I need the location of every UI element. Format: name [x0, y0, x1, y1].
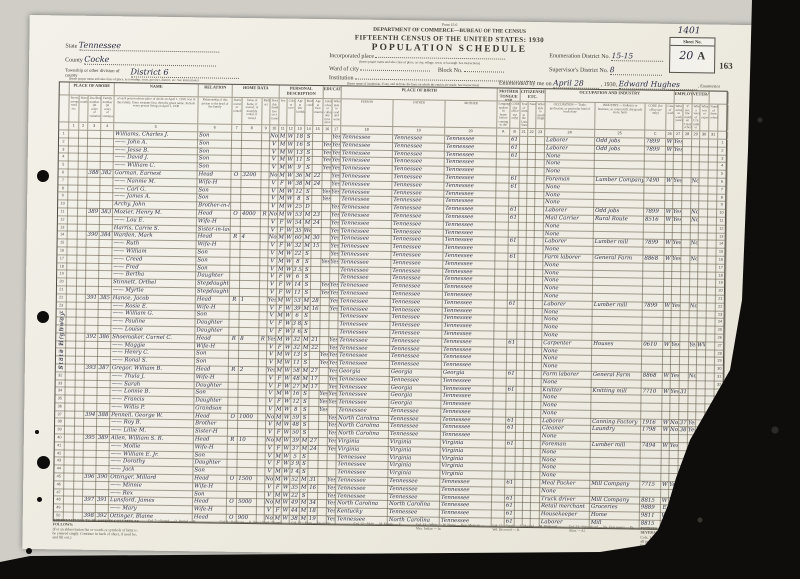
- cell-fs: [707, 249, 716, 257]
- cell-w: [662, 396, 670, 404]
- cell-f: 385: [99, 295, 112, 303]
- column-number: 17: [332, 126, 341, 133]
- cell-a: 13: [295, 149, 305, 157]
- line-number: 6: [59, 169, 69, 177]
- cell-fs: [704, 467, 713, 475]
- cell-fm: V: [269, 196, 278, 204]
- cell-d: [87, 193, 100, 201]
- cell-c3: [531, 480, 540, 488]
- column-subheader: Home owned or rented: [232, 98, 242, 124]
- cell-cd: [506, 402, 516, 410]
- cell-fm: V: [265, 469, 274, 477]
- column-number: 14: [305, 126, 313, 133]
- cell-st: [68, 232, 78, 240]
- cell-w: [664, 279, 672, 287]
- cell-o: O: [227, 476, 237, 484]
- column-subheader: Attended school or college any time sinc…: [323, 99, 332, 125]
- cell-e2: [679, 396, 688, 404]
- cell-rw: Yes: [330, 306, 339, 314]
- cell-vt: [692, 170, 700, 178]
- cell-c2: [527, 223, 535, 231]
- cell-fm: V: [269, 204, 278, 212]
- cell-st: [68, 240, 78, 248]
- cell-st: [68, 224, 78, 232]
- column-number: 15: [313, 126, 323, 133]
- cell-d: [88, 131, 101, 139]
- cell-ws: [696, 397, 705, 405]
- cell-ws: [697, 326, 706, 334]
- cell-am: [311, 259, 321, 267]
- cell-cd: 61: [508, 300, 518, 308]
- cell-c3: [533, 363, 542, 371]
- cell-c: W: [285, 282, 293, 290]
- cell-ho: [79, 131, 88, 139]
- cell-c1: [516, 410, 524, 418]
- cell-m: S: [304, 188, 312, 196]
- cell-e2: [680, 342, 689, 350]
- cell-e: Yes: [673, 178, 682, 186]
- cell-am: 18: [308, 508, 318, 516]
- cell-a: 52: [290, 477, 300, 485]
- cell-r: [258, 390, 266, 398]
- cell-f: [99, 310, 112, 318]
- cell-c3: [532, 449, 541, 457]
- cell-vt: [690, 280, 698, 288]
- cell-s: F: [275, 430, 283, 438]
- cell-c2: [526, 246, 534, 254]
- cell-m: S: [302, 360, 310, 368]
- cell-cd: [507, 355, 517, 363]
- cell-fs: [706, 334, 715, 342]
- punch-hole: [35, 430, 39, 434]
- line-number: 39: [55, 427, 65, 435]
- cell-sc: [320, 329, 329, 337]
- cell-c3: [531, 488, 540, 496]
- cell-a: 22: [293, 251, 303, 259]
- column-number: 3: [88, 123, 101, 130]
- cell-rw: Yes: [331, 173, 340, 181]
- cell-cd: [506, 456, 516, 464]
- cell-st: [64, 497, 74, 505]
- cell-ho: [76, 365, 85, 373]
- column-subheader: INDUSTRY — Industry or business, as cott…: [595, 103, 645, 130]
- cell-sc: [321, 313, 330, 321]
- column-number: 1: [69, 123, 79, 130]
- line-number: 2: [718, 147, 728, 155]
- cell-a: 8: [293, 258, 303, 266]
- cell-cd: 61: [510, 152, 520, 160]
- cell-ho: [77, 263, 86, 271]
- cell-ho: [76, 318, 85, 326]
- cell-s: F: [276, 321, 284, 329]
- cell-o: [229, 382, 239, 390]
- cell-ho: [79, 154, 88, 162]
- cell-am: 27: [310, 368, 320, 376]
- cell-rw: [330, 275, 339, 283]
- cell-st: [67, 247, 77, 255]
- cell-m: D: [304, 204, 312, 212]
- cell-sc: [320, 337, 329, 345]
- cell-ho: [77, 248, 86, 256]
- cell-vt: [688, 404, 696, 412]
- cell-fm: V: [268, 313, 277, 321]
- cell-s: M: [275, 453, 283, 461]
- cell-w: [666, 162, 674, 170]
- cell-am: 17: [310, 376, 320, 384]
- cell-s: M: [279, 165, 287, 173]
- cell-m: S: [304, 196, 312, 204]
- column-group-header: CITIZENSHIP, ETC.: [521, 89, 546, 101]
- column-subheader: FATHER: [393, 100, 445, 127]
- line-number: 16: [716, 257, 726, 265]
- column-number: 2: [79, 123, 88, 130]
- cell-c3: [533, 387, 542, 395]
- cell-c: W: [286, 227, 294, 235]
- cell-ho: [75, 411, 84, 419]
- cell-vt: [687, 467, 695, 475]
- line-number: 7: [58, 177, 68, 185]
- cell-cd: [508, 293, 518, 301]
- cell-tg: [492, 464, 505, 472]
- cell-w: [666, 154, 674, 162]
- cell-d: [83, 482, 96, 490]
- cell-cd: [509, 191, 519, 199]
- line-number: 47: [54, 489, 64, 497]
- cell-f: [101, 131, 114, 139]
- cell-ho: [78, 170, 87, 178]
- cell-fs: [705, 420, 714, 428]
- cell-c2: [525, 316, 533, 324]
- cell-ho: [74, 466, 83, 474]
- cell-fm: V: [268, 274, 277, 282]
- cell-ho: [74, 497, 83, 505]
- line-number: 30: [715, 366, 725, 374]
- cell-vt: No: [687, 482, 695, 490]
- cell-d: [87, 217, 100, 225]
- cell-fm: No: [265, 500, 274, 508]
- column-number: 31: [709, 131, 718, 138]
- cell-e2: [679, 435, 688, 443]
- cell-sc: Yes: [323, 165, 332, 173]
- cell-ho: [75, 396, 84, 404]
- cell-fs: [705, 444, 714, 452]
- cell-o: R: [230, 297, 240, 305]
- cell-fs: [704, 490, 713, 498]
- cell-st: [69, 162, 79, 170]
- line-number: 16: [57, 247, 67, 255]
- cell-w: [663, 318, 671, 326]
- cell-r: [258, 406, 266, 414]
- cell-a: 12: [291, 399, 301, 407]
- cell-o: [231, 242, 241, 250]
- cell-ho: [74, 505, 83, 513]
- cell-f: [98, 373, 111, 381]
- cell-vt: No: [690, 256, 698, 264]
- cell-s: F: [278, 219, 286, 227]
- cell-o: R: [229, 367, 239, 375]
- cell-s: M: [278, 172, 286, 180]
- cell-e: [670, 396, 679, 404]
- cell-s: M: [275, 422, 283, 430]
- cell-m: M: [303, 298, 311, 306]
- cell-c: W: [287, 165, 295, 173]
- column-subheader: Whether able to speak English: [536, 102, 545, 128]
- cell-d: [86, 302, 99, 310]
- line-number: 44: [713, 475, 723, 483]
- cell-o: [229, 328, 239, 336]
- line-number: 35: [714, 405, 724, 413]
- line-number: 4: [718, 163, 728, 171]
- cell-f: [97, 396, 110, 404]
- cell-c1: [515, 511, 523, 519]
- cell-d: [88, 146, 101, 154]
- cell-e2: [682, 194, 691, 202]
- column-number: 10: [270, 125, 279, 132]
- cell-vt: [692, 147, 700, 155]
- column-subheader: Relationship of this person to the head …: [198, 97, 232, 123]
- cell-f: 390: [96, 474, 109, 482]
- cell-m: S: [301, 453, 309, 461]
- cell-fs: [707, 295, 716, 303]
- column-number: 8: [242, 125, 262, 132]
- cell-vt: [687, 513, 695, 521]
- cell-sc: [319, 438, 328, 446]
- cell-f: [100, 178, 113, 186]
- line-number: 15: [58, 240, 68, 248]
- cell-m: S: [305, 149, 313, 157]
- cell-vt: [690, 295, 698, 303]
- cell-fm: V: [266, 398, 275, 406]
- cell-sc: Yes: [321, 259, 330, 267]
- cell-fs: [705, 405, 714, 413]
- cell-s: F: [276, 383, 284, 391]
- cell-rw: Yes: [328, 391, 337, 399]
- cell-am: 24: [309, 446, 319, 454]
- cell-rw: Yes: [330, 282, 339, 290]
- column-number: [59, 122, 69, 129]
- cell-fs: [709, 171, 718, 179]
- line-number: 6: [717, 179, 727, 187]
- cell-rw: Yes: [327, 501, 336, 509]
- cell-w: [665, 232, 673, 240]
- cell-c3: [531, 464, 540, 472]
- cell-s: F: [276, 328, 284, 336]
- cell-e2: [681, 256, 690, 264]
- cell-d: [83, 505, 96, 513]
- cell-sc: Yes: [323, 150, 332, 158]
- cell-s: M: [277, 250, 285, 258]
- cell-sc: [318, 508, 327, 516]
- cell-fs: [708, 233, 717, 241]
- cell-r: [259, 344, 267, 352]
- footer-note: Col. 23—Naturalized — Na. First papers —…: [568, 526, 634, 553]
- cell-ws: [695, 490, 704, 498]
- cell-r: [261, 203, 269, 211]
- cell-f: [101, 154, 114, 162]
- cell-e: [672, 287, 681, 295]
- cell-w: [663, 334, 671, 342]
- cell-fs: [708, 194, 717, 202]
- column-number: 19: [393, 127, 445, 135]
- cell-sc: [319, 430, 328, 438]
- stamp-number: 1401: [678, 26, 701, 36]
- cell-m: M: [303, 243, 311, 251]
- line-number: 25: [715, 327, 725, 335]
- cell-d: 389: [87, 209, 100, 217]
- footer-note: Col. 15—Single — S. Married — M. Widowed…: [492, 524, 563, 551]
- page-number: 163: [719, 61, 733, 71]
- cell-am: [313, 165, 323, 173]
- cell-st: [68, 177, 78, 185]
- cell-o: [228, 398, 238, 406]
- line-number: 2: [59, 138, 69, 146]
- cell-o: [231, 195, 241, 203]
- line-number: 46: [54, 481, 64, 489]
- cell-c1: [516, 394, 524, 402]
- cell-am: [311, 290, 321, 298]
- cell-vt: [687, 474, 695, 482]
- cell-fm: V: [269, 188, 278, 196]
- cell-c2: [524, 457, 532, 465]
- cell-c3: [532, 402, 541, 410]
- cell-e: [670, 412, 679, 420]
- cell-rw: Yes: [329, 337, 338, 345]
- line-number: 12: [58, 216, 68, 224]
- cell-cd: [507, 332, 517, 340]
- cell-sc: [320, 345, 329, 353]
- cell-sc: [319, 454, 328, 462]
- cell-c1: [520, 145, 528, 153]
- cell-rw: Yes: [330, 290, 339, 298]
- column-subheader: Dwelling number (in order of visitation): [88, 96, 101, 122]
- cell-c1: [515, 480, 523, 488]
- cell-am: 24: [312, 181, 322, 189]
- cell-e: Yes: [673, 217, 682, 225]
- cell-fm: Yes: [268, 297, 277, 305]
- cell-m: M: [302, 383, 310, 391]
- column-number: B: [510, 129, 520, 136]
- cell-tg: [496, 175, 509, 183]
- cell-w: W: [662, 427, 670, 435]
- cell-ho: [77, 255, 86, 263]
- cell-c1: [519, 199, 527, 207]
- cell-s: M: [279, 133, 287, 141]
- cell-d: 393: [85, 365, 98, 373]
- column-number: 13: [295, 126, 305, 133]
- cell-e2: [681, 264, 690, 272]
- cell-fm: V: [266, 391, 275, 399]
- cell-c: W: [286, 204, 294, 212]
- cell-s: M: [275, 391, 283, 399]
- cell-am: 27: [309, 438, 319, 446]
- cell-cd: [508, 246, 518, 254]
- cell-cd: [507, 324, 517, 332]
- line-number: 22: [716, 303, 726, 311]
- cell-tg: [495, 269, 508, 277]
- cell-o: O: [231, 172, 241, 180]
- line-number: 31: [715, 373, 725, 381]
- cell-c1: [519, 215, 527, 223]
- cell-e2: [679, 459, 688, 467]
- cell-c2: [525, 332, 533, 340]
- cell-c2: [528, 160, 536, 168]
- cell-w: [663, 357, 671, 365]
- cell-rw: Yes: [328, 415, 337, 423]
- cell-ho: [79, 162, 88, 170]
- cell-m: S: [303, 266, 311, 274]
- cell-m: S: [302, 352, 310, 360]
- cell-rw: Yes: [329, 352, 338, 360]
- footer-note: Col. 11—Farm — Yes or No: [291, 522, 348, 549]
- cell-e: [672, 248, 681, 256]
- line-number: 41: [55, 442, 65, 450]
- cell-am: [308, 469, 318, 477]
- cell-r: [260, 258, 268, 266]
- cell-st: [69, 131, 79, 139]
- cell-fs: [708, 178, 717, 186]
- column-group-header: EDUCATION: [324, 86, 342, 98]
- cell-vt: [689, 350, 697, 358]
- cell-c2: [523, 480, 531, 488]
- cell-e: [673, 201, 682, 209]
- cell-rw: [330, 314, 339, 322]
- column-number: 6: [198, 124, 232, 131]
- enumerated-date: April 28: [553, 78, 584, 87]
- cell-c3: [536, 145, 545, 153]
- cell-tg: [496, 183, 509, 191]
- cell-d: [84, 443, 97, 451]
- cell-vt: [688, 397, 696, 405]
- cell-st: [69, 170, 79, 178]
- cell-sc: [322, 173, 331, 181]
- cell-c2: [526, 254, 534, 262]
- cell-e2: [683, 170, 692, 178]
- cell-c3: [534, 246, 543, 254]
- cell-rw: Yes: [329, 360, 338, 368]
- cell-c1: [517, 324, 525, 332]
- cell-c1: [516, 433, 524, 441]
- column-group-header: HOME DATA: [233, 85, 280, 98]
- cell-tg: [493, 433, 506, 441]
- cell-ho: [75, 450, 84, 458]
- cell-c3: [535, 199, 544, 207]
- cell-rw: Yes: [328, 399, 337, 407]
- cell-o: O: [231, 211, 241, 219]
- cell-am: 16: [308, 485, 318, 493]
- cell-w: [665, 225, 673, 233]
- cell-ws: [695, 506, 704, 514]
- cell-rw: [329, 321, 338, 329]
- cell-c3: [533, 371, 542, 379]
- cell-w: [663, 349, 671, 357]
- cell-d: [84, 427, 97, 435]
- cell-m: M: [302, 368, 310, 376]
- cell-vt: [689, 358, 697, 366]
- line-number: 44: [54, 466, 64, 474]
- cell-d: [85, 318, 98, 326]
- column-group-header: RELATION: [199, 84, 233, 96]
- cell-c3: [533, 316, 542, 324]
- cell-r: [257, 492, 265, 500]
- cell-vt: No: [689, 373, 697, 381]
- cell-fs: [706, 342, 715, 350]
- cell-e2: [682, 209, 691, 217]
- cell-f: [97, 451, 110, 459]
- cell-ws: [696, 389, 705, 397]
- cell-s: M: [277, 258, 285, 266]
- cell-e2: 38: [679, 428, 688, 436]
- line-number: 49: [713, 514, 723, 522]
